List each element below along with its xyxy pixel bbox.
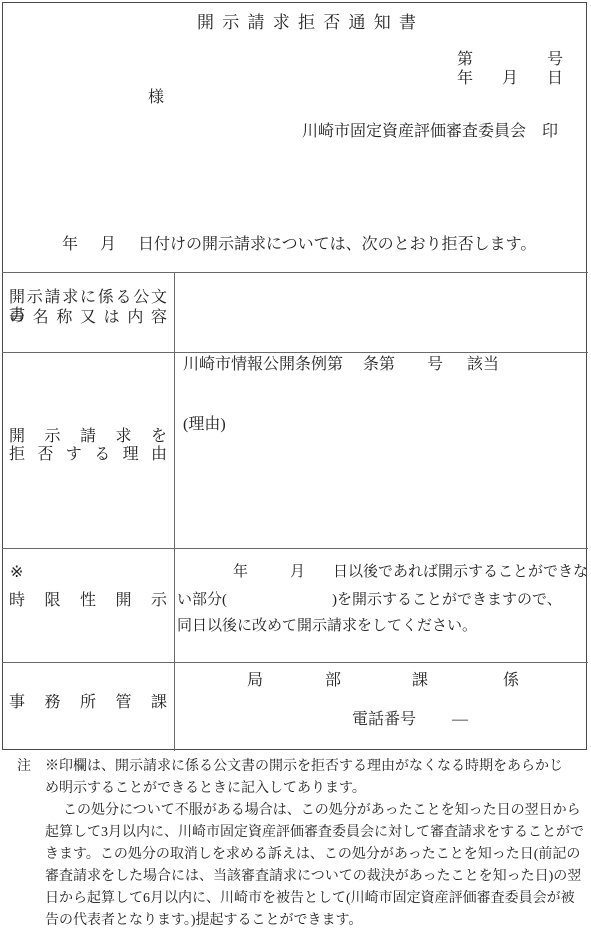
reason-label: (理由) bbox=[183, 416, 226, 434]
issuer-name: 川崎市固定資産評価審査委員会 bbox=[302, 123, 526, 141]
note-line: 注 ※印欄は、開示請求に係る公文書の開示を拒否する理由がなくなる時期をあらかじ bbox=[17, 756, 587, 778]
row3-asterisk-mark: ※ bbox=[10, 564, 23, 582]
table-rule-row4-top bbox=[2, 662, 588, 663]
section-label: 課 bbox=[412, 672, 428, 690]
doc-number-prefix: 第 bbox=[457, 51, 473, 69]
document-title: 開 示 請 求 拒 否 通 知 書 bbox=[197, 13, 418, 33]
ordinance-applicable-label: 該当 bbox=[467, 356, 499, 374]
intro-year-label: 年 bbox=[62, 236, 78, 254]
footer-notes: 注 ※印欄は、開示請求に係る公文書の開示を拒否する理由がなくなる時期をあらかじ … bbox=[17, 756, 587, 932]
ordinance-item-label: 号 bbox=[427, 356, 443, 374]
note-line: 起算して3月以内に、川崎市固定資産評価審査委員会に対して審査請求をすることがで bbox=[45, 822, 587, 844]
date-year-label: 年 bbox=[457, 70, 473, 88]
bureau-label: 局 bbox=[247, 672, 263, 690]
phone-number-label: 電話番号 bbox=[352, 711, 416, 729]
phone-number-dash: ― bbox=[452, 711, 468, 729]
doc-number-suffix: 号 bbox=[547, 51, 563, 69]
table-rule-row1-top bbox=[2, 272, 588, 273]
row3-year-label: 年 bbox=[233, 564, 248, 581]
intro-sentence: 日付けの開示請求については、次のとおり拒否します。 bbox=[138, 236, 536, 254]
date-month-label: 月 bbox=[502, 70, 518, 88]
note-line: 告の代表者となります。)提起することができます。 bbox=[45, 910, 587, 932]
note-line: この処分について不服がある場合は、この処分があったことを知った日の翌日から bbox=[63, 800, 587, 822]
table-rule-row2-top bbox=[2, 352, 588, 353]
ordinance-reference: 川崎市情報公開条例第 bbox=[183, 356, 343, 374]
document-border bbox=[2, 2, 587, 750]
row3-label: 時 限 性 開 示 bbox=[9, 592, 167, 610]
addressee-suffix: 様 bbox=[148, 89, 164, 107]
row1-label-line2: の 名 称 又 は 内 容 bbox=[9, 309, 167, 327]
department-label: 部 bbox=[325, 672, 341, 690]
intro-month-label: 月 bbox=[100, 236, 116, 254]
row2-label-line2: 拒 否 す る 理 由 bbox=[9, 446, 167, 464]
date-day-label: 日 bbox=[547, 70, 563, 88]
note-line: きます。この処分の取消しを求める訴えは、この処分があったことを知った日(前記の bbox=[45, 844, 587, 866]
row3-month-label: 月 bbox=[290, 564, 305, 581]
issuer-seal-mark: 印 bbox=[542, 123, 558, 141]
row2-label-line1: 開 示 請 求 を bbox=[9, 428, 167, 446]
table-rule-row3-top bbox=[2, 548, 588, 549]
note-line: 日から起算して6月以内に、川崎市を被告として(川崎市固定資産評価審査委員会が被 bbox=[45, 888, 587, 910]
row3-text-line1: 日以後であれば開示することができな bbox=[333, 564, 588, 581]
row3-text-line2: い部分( )を開示することができますので、 bbox=[177, 592, 562, 609]
row4-label: 事 務 所 管 課 bbox=[9, 694, 167, 712]
note-line: 審査請求をした場合には、当該審査請求についての裁決があったことを知った日)の翌 bbox=[45, 866, 587, 888]
note-line: め明示することができるときに記入してあります。 bbox=[45, 778, 587, 800]
subsection-label: 係 bbox=[503, 672, 519, 690]
disclosure-rejection-notice-document: 開 示 請 求 拒 否 通 知 書 第 号 年 月 日 様 川崎市固定資産評価審… bbox=[0, 0, 591, 933]
table-column-divider bbox=[174, 272, 175, 751]
ordinance-article-label: 条第 bbox=[363, 356, 395, 374]
row3-text-line3: 同日以後に改めて開示請求をしてください。 bbox=[177, 618, 477, 635]
